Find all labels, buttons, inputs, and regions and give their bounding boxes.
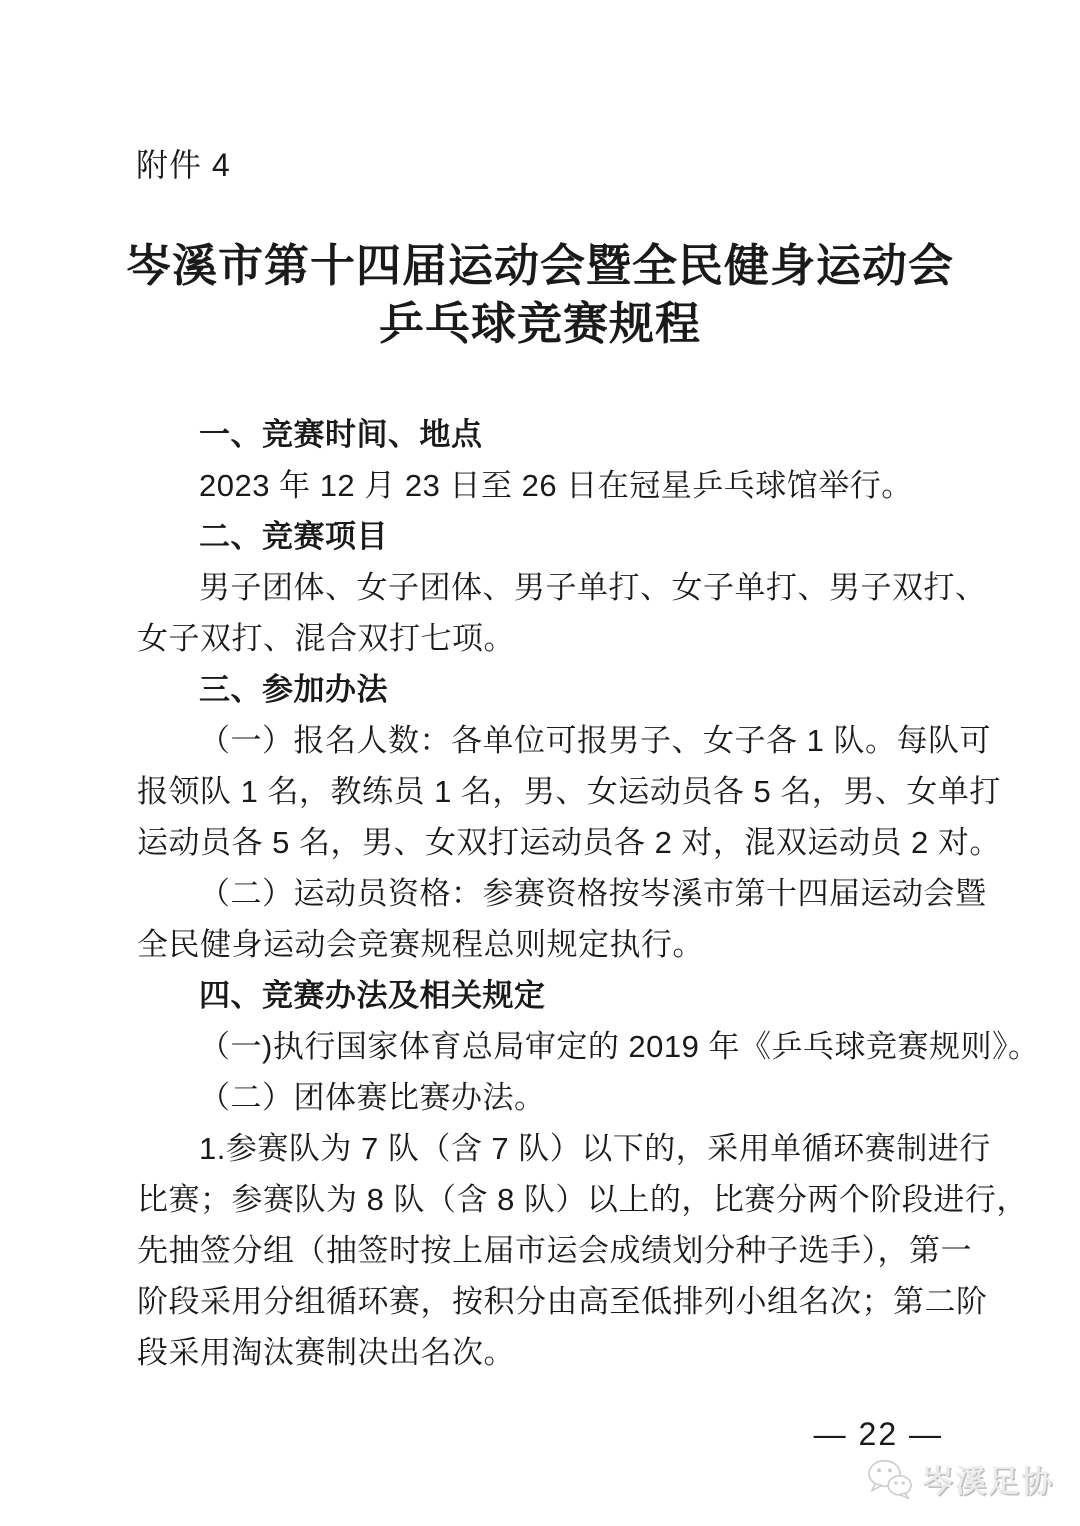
- text-line: 阶段采用分组循环赛，按积分由高至低排列小组名次；第二阶: [137, 1276, 952, 1327]
- text-line: 比赛；参赛队为 8 队（含 8 队）以上的，比赛分两个阶段进行，: [137, 1174, 952, 1225]
- wechat-bubbles-icon: [866, 1458, 914, 1500]
- document-page: 附件 4 岑溪市第十四届运动会暨全民健身运动会 乒乓球竞赛规程 一、竞赛时间、地…: [0, 0, 1080, 1526]
- page-number: — 22 —: [814, 1416, 943, 1453]
- attachment-label: 附件 4: [136, 140, 231, 186]
- text-line: 段采用淘汰赛制决出名次。: [137, 1327, 952, 1378]
- text-line: 女子双打、混合双打七项。: [137, 613, 952, 664]
- text-line: 1.参赛队为 7 队（含 7 队）以下的，采用单循环赛制进行: [137, 1123, 952, 1174]
- text-line: 一、竞赛时间、地点: [137, 409, 952, 460]
- watermark-text: 岑溪足协: [922, 1456, 1054, 1501]
- text-line: 报领队 1 名，教练员 1 名，男、女运动员各 5 名，男、女单打: [137, 766, 952, 817]
- text-line: （一）报名人数：各单位可报男子、女子各 1 队。每队可: [137, 715, 952, 766]
- watermark: 岑溪足协: [866, 1456, 1054, 1501]
- document-title-line2: 乒乓球竞赛规程: [0, 295, 1080, 353]
- text-line: （一)执行国家体育总局审定的 2019 年《乒乓球竞赛规则》。: [137, 1021, 952, 1072]
- text-line: 2023 年 12 月 23 日至 26 日在冠星乒乓球馆举行。: [137, 460, 952, 511]
- text-line: （二）运动员资格：参赛资格按岑溪市第十四届运动会暨: [137, 868, 952, 919]
- text-line: 先抽签分组（抽签时按上届市运会成绩划分种子选手），第一: [137, 1225, 952, 1276]
- document-title-line1: 岑溪市第十四届运动会暨全民健身运动会: [0, 237, 1080, 295]
- document-title: 岑溪市第十四届运动会暨全民健身运动会 乒乓球竞赛规程: [0, 237, 1080, 353]
- text-line: 运动员各 5 名，男、女双打运动员各 2 对，混双运动员 2 对。: [137, 817, 952, 868]
- document-body: 一、竞赛时间、地点2023 年 12 月 23 日至 26 日在冠星乒乓球馆举行…: [137, 409, 952, 1378]
- text-line: （二）团体赛比赛办法。: [137, 1072, 952, 1123]
- text-line: 四、竞赛办法及相关规定: [137, 970, 952, 1021]
- text-line: 男子团体、女子团体、男子单打、女子单打、男子双打、: [137, 562, 952, 613]
- text-line: 全民健身运动会竞赛规程总则规定执行。: [137, 919, 952, 970]
- text-line: 二、竞赛项目: [137, 511, 952, 562]
- text-line: 三、参加办法: [137, 664, 952, 715]
